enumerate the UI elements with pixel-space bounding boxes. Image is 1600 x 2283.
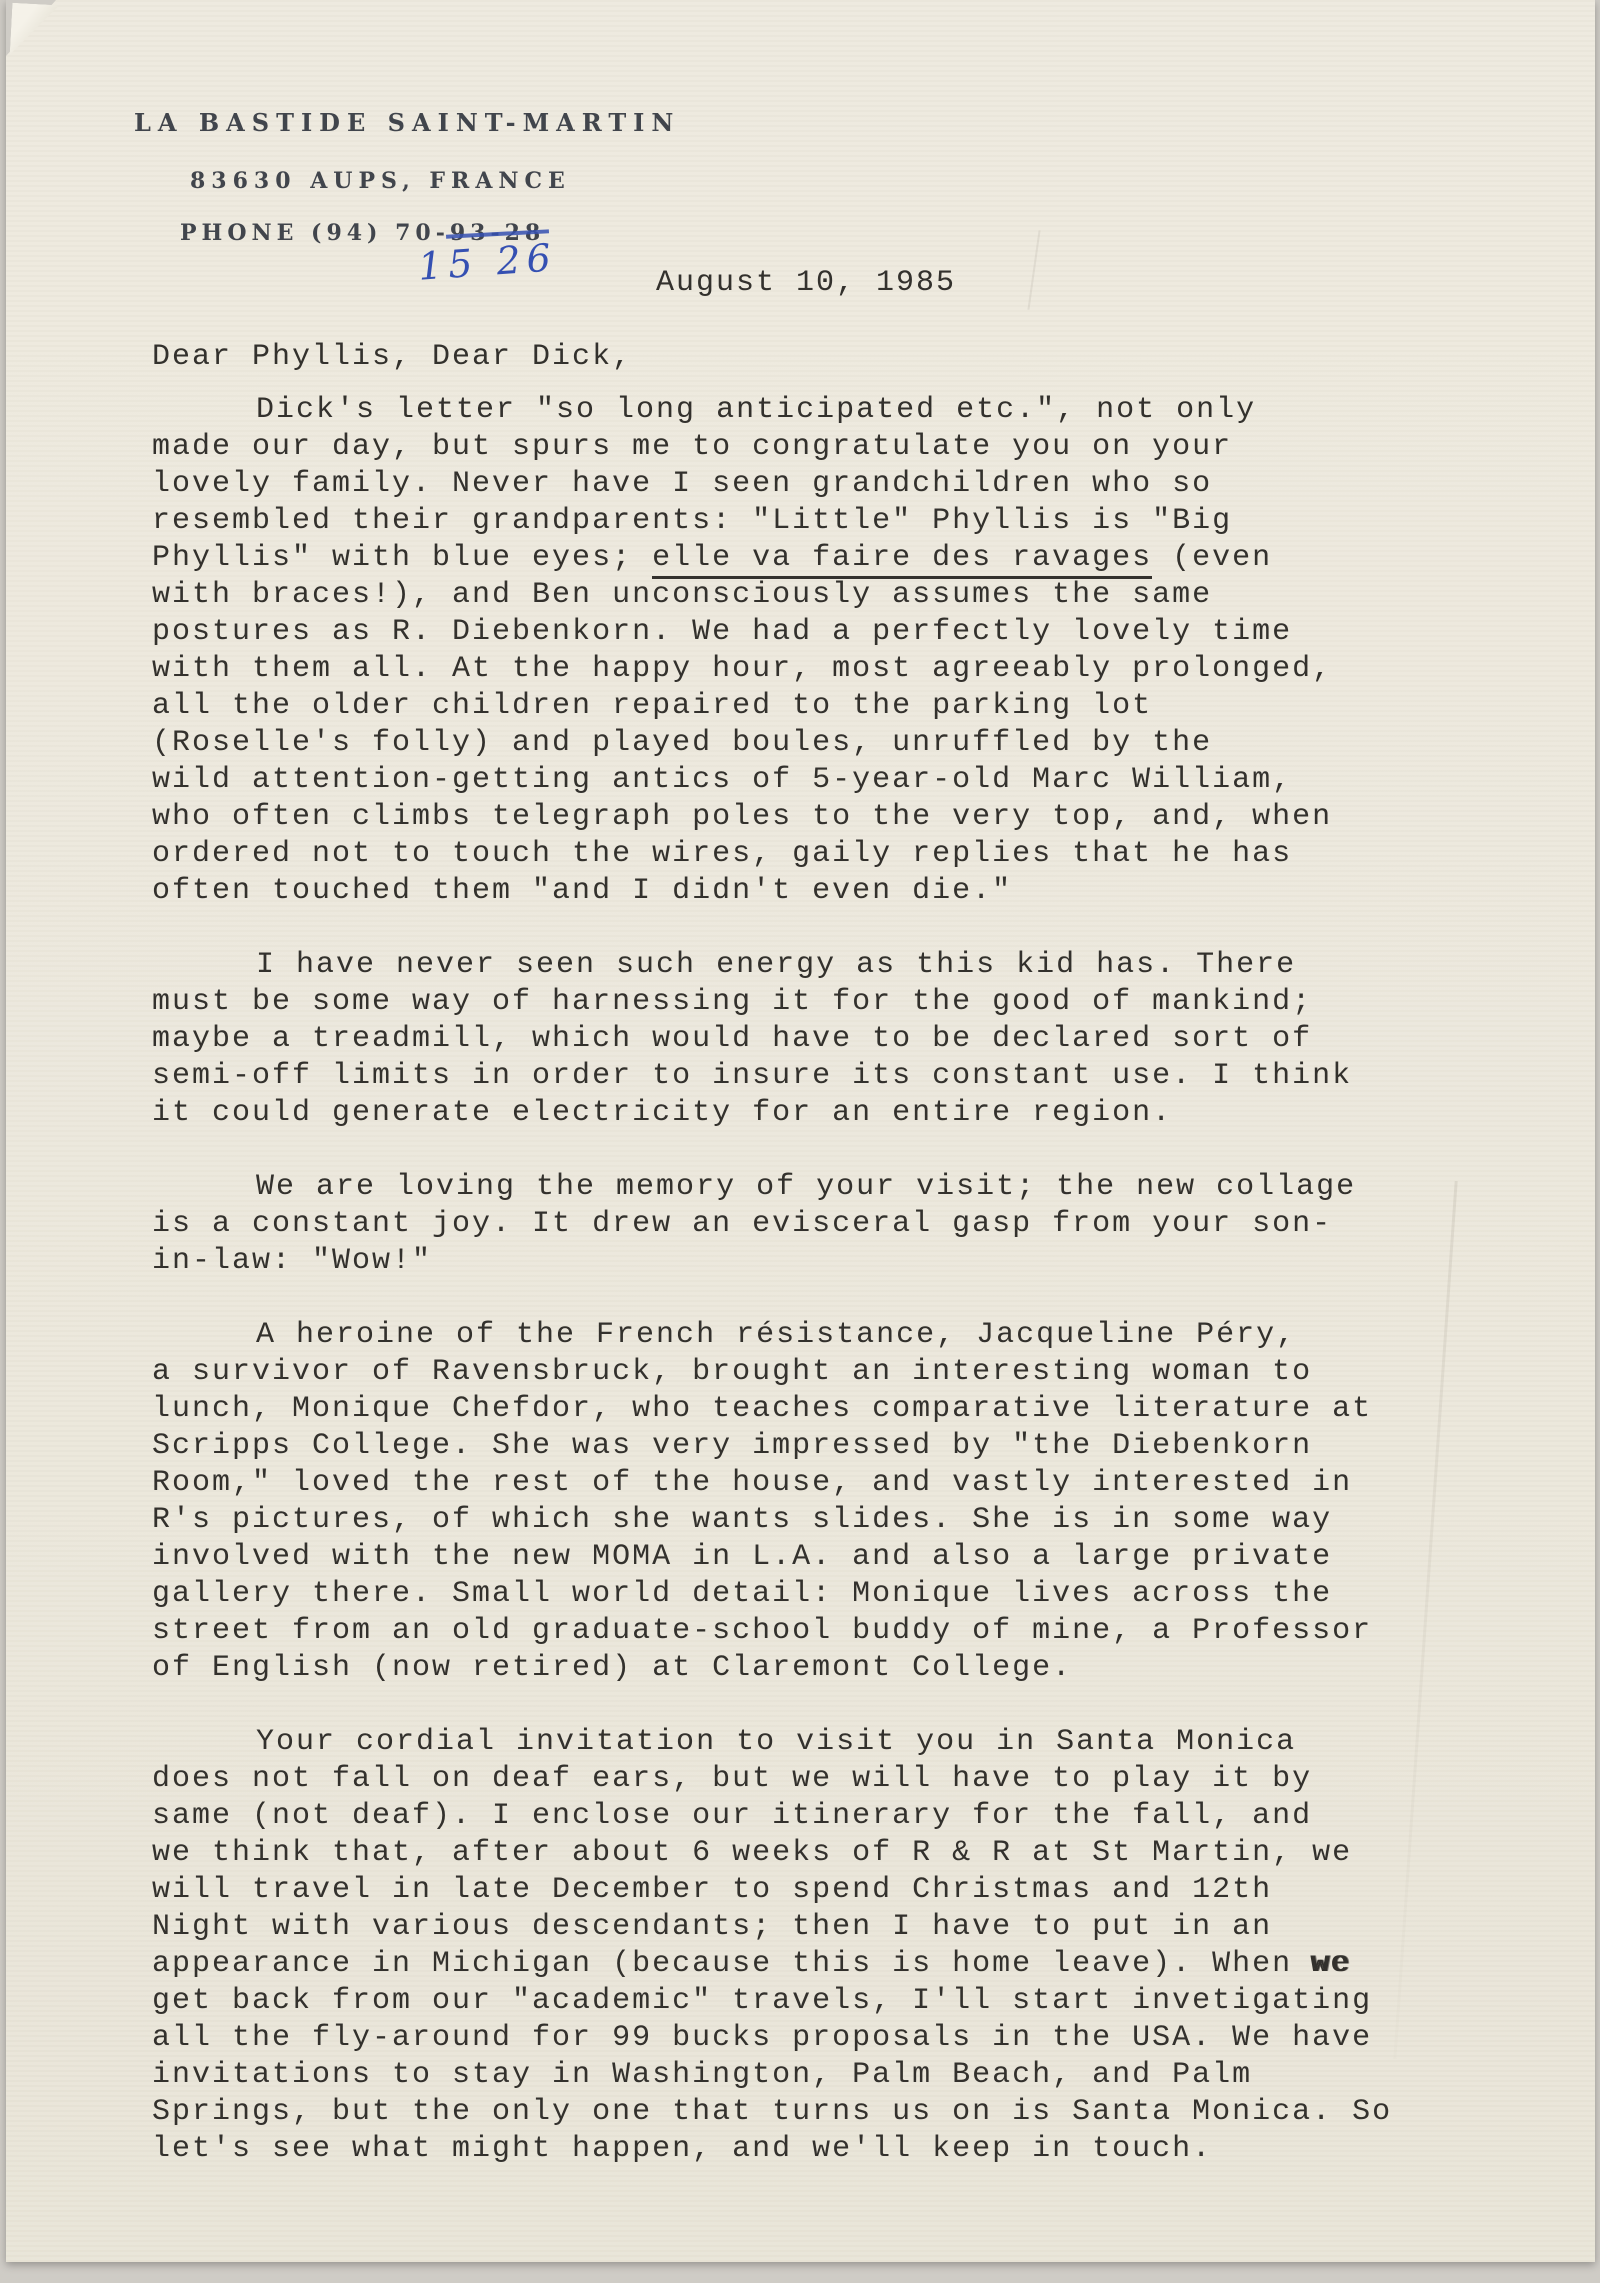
paragraph-4: A heroine of the French résistance, Jacq… [152, 1317, 1535, 1687]
phone-prefix: PHONE (94) 70- [180, 220, 450, 246]
letter-body: Dick's letter "so long anticipated etc."… [152, 392, 1535, 2205]
paragraph-2: I have never seen such energy as this ki… [152, 947, 1535, 1132]
line-text: (even [1152, 541, 1272, 575]
paragraph-3: We are loving the memory of your visit; … [152, 1169, 1535, 1280]
letter-page: LA BASTIDE SAINT-MARTIN 83630 AUPS, FRAN… [6, 0, 1595, 2262]
scanned-letter: LA BASTIDE SAINT-MARTIN 83630 AUPS, FRAN… [0, 0, 1600, 2283]
paper-crease-small [1027, 230, 1040, 309]
paragraph-lines: with braces!), and Ben unconsciously ass… [152, 577, 1535, 910]
letterhead-address: 83630 AUPS, FRANCE [190, 168, 571, 194]
line-text: Phyllis" with blue eyes; [152, 541, 652, 575]
letterhead-name: LA BASTIDE SAINT-MARTIN [134, 108, 680, 137]
paragraph-lines: Dick's letter "so long anticipated etc."… [152, 392, 1535, 540]
overtyped-word: we [1312, 1947, 1352, 1981]
underlined-french-phrase: elle va faire des ravages [652, 541, 1152, 579]
line-text: appearance in Michigan (because this is … [152, 1947, 1312, 1981]
handwritten-phone-correction: 15 26 [417, 235, 559, 289]
paragraph-line-with-overtype: appearance in Michigan (because this is … [152, 1946, 1535, 1983]
paragraph-line-with-underline: Phyllis" with blue eyes; elle va faire d… [152, 540, 1535, 577]
paragraph-lines: I have never seen such energy as this ki… [152, 947, 1535, 1132]
paragraph-lines: get back from our "academic" travels, I'… [152, 1983, 1535, 2168]
date-line: August 10, 1985 [656, 266, 956, 300]
paragraph-lines: Your cordial invitation to visit you in … [152, 1724, 1535, 1946]
paragraph-5: Your cordial invitation to visit you in … [152, 1724, 1535, 2168]
paragraph-1: Dick's letter "so long anticipated etc."… [152, 392, 1535, 910]
paragraph-lines: We are loving the memory of your visit; … [152, 1169, 1535, 1280]
paragraph-lines: A heroine of the French résistance, Jacq… [152, 1317, 1535, 1687]
salutation: Dear Phyllis, Dear Dick, [152, 340, 632, 374]
